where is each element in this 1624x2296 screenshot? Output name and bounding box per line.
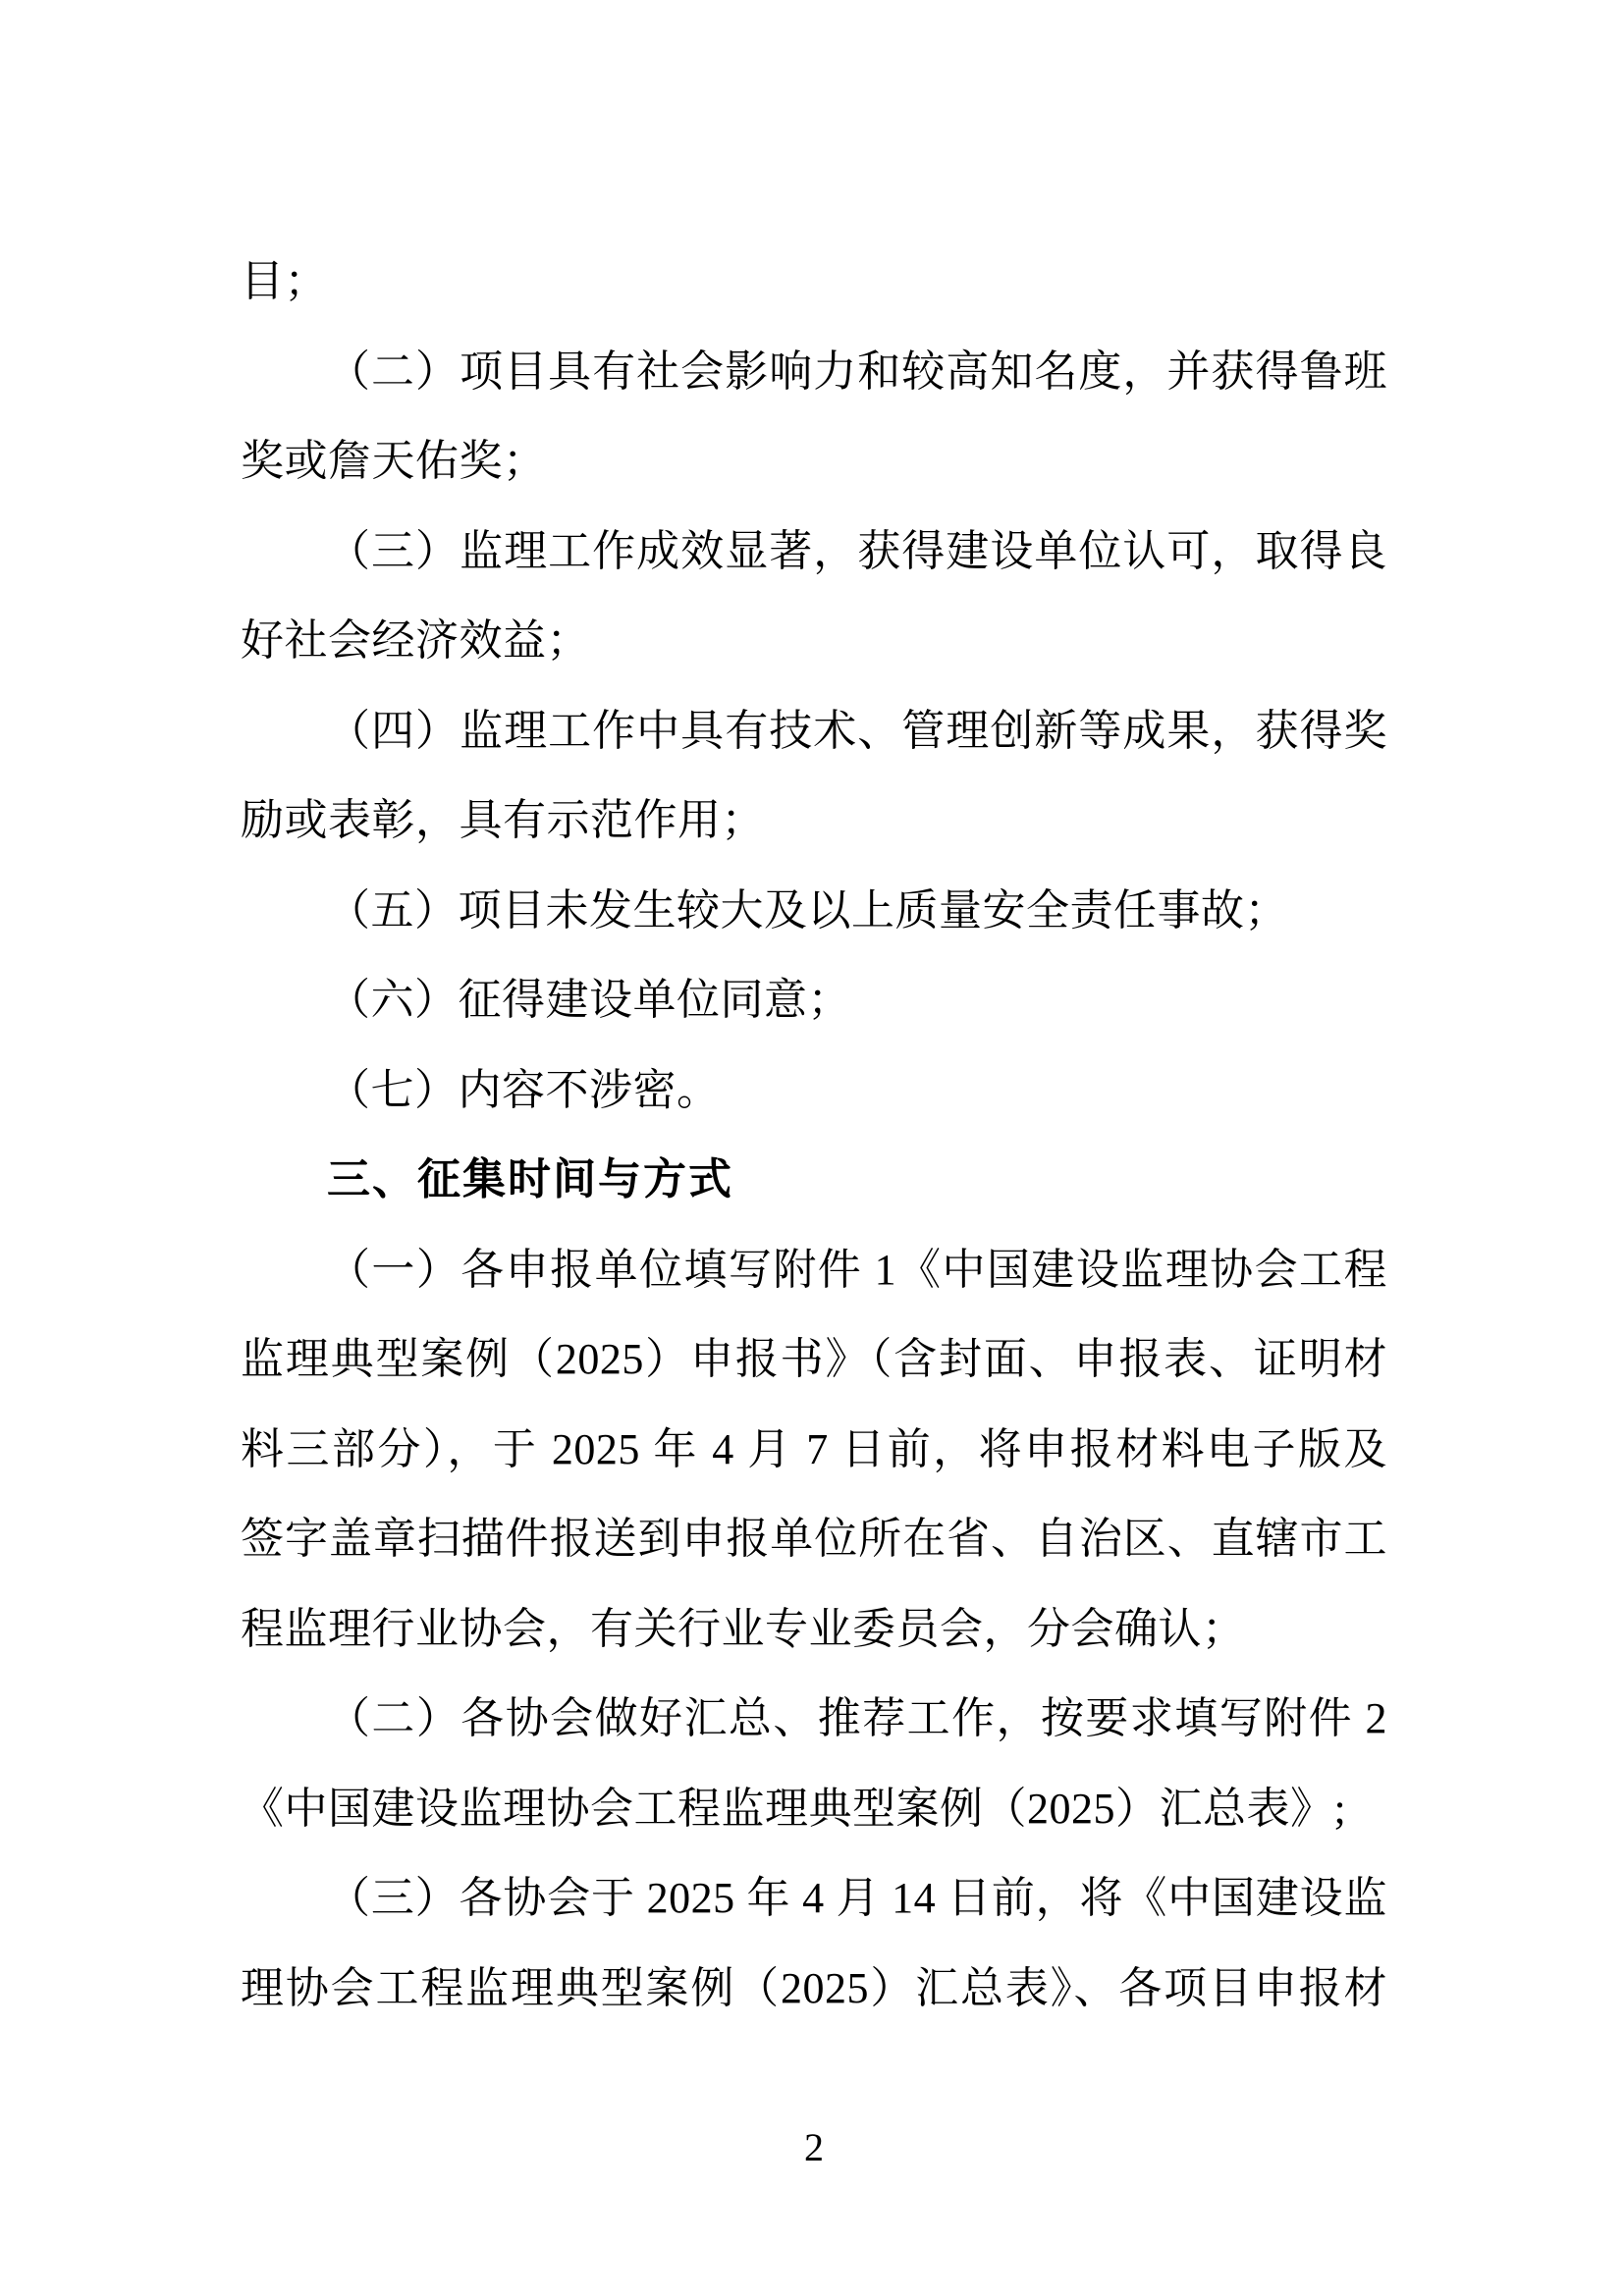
doc-line: 料三部分），于 2025 年 4 月 7 日前，将申报材料电子版及: [241, 1405, 1387, 1495]
doc-line: （二）项目具有社会影响力和较高知名度，并获得鲁班: [241, 327, 1387, 417]
section-heading: 三、征集时间与方式: [241, 1135, 1387, 1225]
doc-line: （六）征得建设单位同意；: [241, 955, 1387, 1045]
doc-line: 监理典型案例（2025）申报书》（含封面、申报表、证明材: [241, 1314, 1387, 1405]
document-body: 目；（二）项目具有社会影响力和较高知名度，并获得鲁班奖或詹天佑奖；（三）监理工作…: [241, 237, 1387, 2033]
doc-line: （二）各协会做好汇总、推荐工作，按要求填写附件 2: [241, 1674, 1387, 1764]
doc-line: 好社会经济效益；: [241, 596, 1387, 686]
doc-line: （五）项目未发生较大及以上质量安全责任事故；: [241, 866, 1387, 956]
doc-line: （三）各协会于 2025 年 4 月 14 日前，将《中国建设监: [241, 1853, 1387, 1944]
doc-line: 奖或詹天佑奖；: [241, 416, 1387, 507]
doc-line: 励或表彰，具有示范作用；: [241, 775, 1387, 866]
doc-line: 理协会工程监理典型案例（2025）汇总表》、各项目申报材: [241, 1944, 1387, 2034]
doc-line: 目；: [241, 237, 1387, 327]
doc-line: 程监理行业协会，有关行业专业委员会，分会确认；: [241, 1584, 1387, 1675]
page-number: 2: [241, 2118, 1387, 2177]
doc-line: （一）各申报单位填写附件 1《中国建设监理协会工程: [241, 1225, 1387, 1315]
doc-line: （三）监理工作成效显著，获得建设单位认可，取得良: [241, 507, 1387, 597]
doc-line: （七）内容不涉密。: [241, 1045, 1387, 1136]
doc-line: 《中国建设监理协会工程监理典型案例（2025）汇总表》;: [241, 1764, 1387, 1854]
doc-line: 签字盖章扫描件报送到申报单位所在省、自治区、直辖市工: [241, 1494, 1387, 1584]
document-page: 目；（二）项目具有社会影响力和较高知名度，并获得鲁班奖或詹天佑奖；（三）监理工作…: [0, 0, 1624, 2296]
doc-line: （四）监理工作中具有技术、管理创新等成果，获得奖: [241, 686, 1387, 776]
